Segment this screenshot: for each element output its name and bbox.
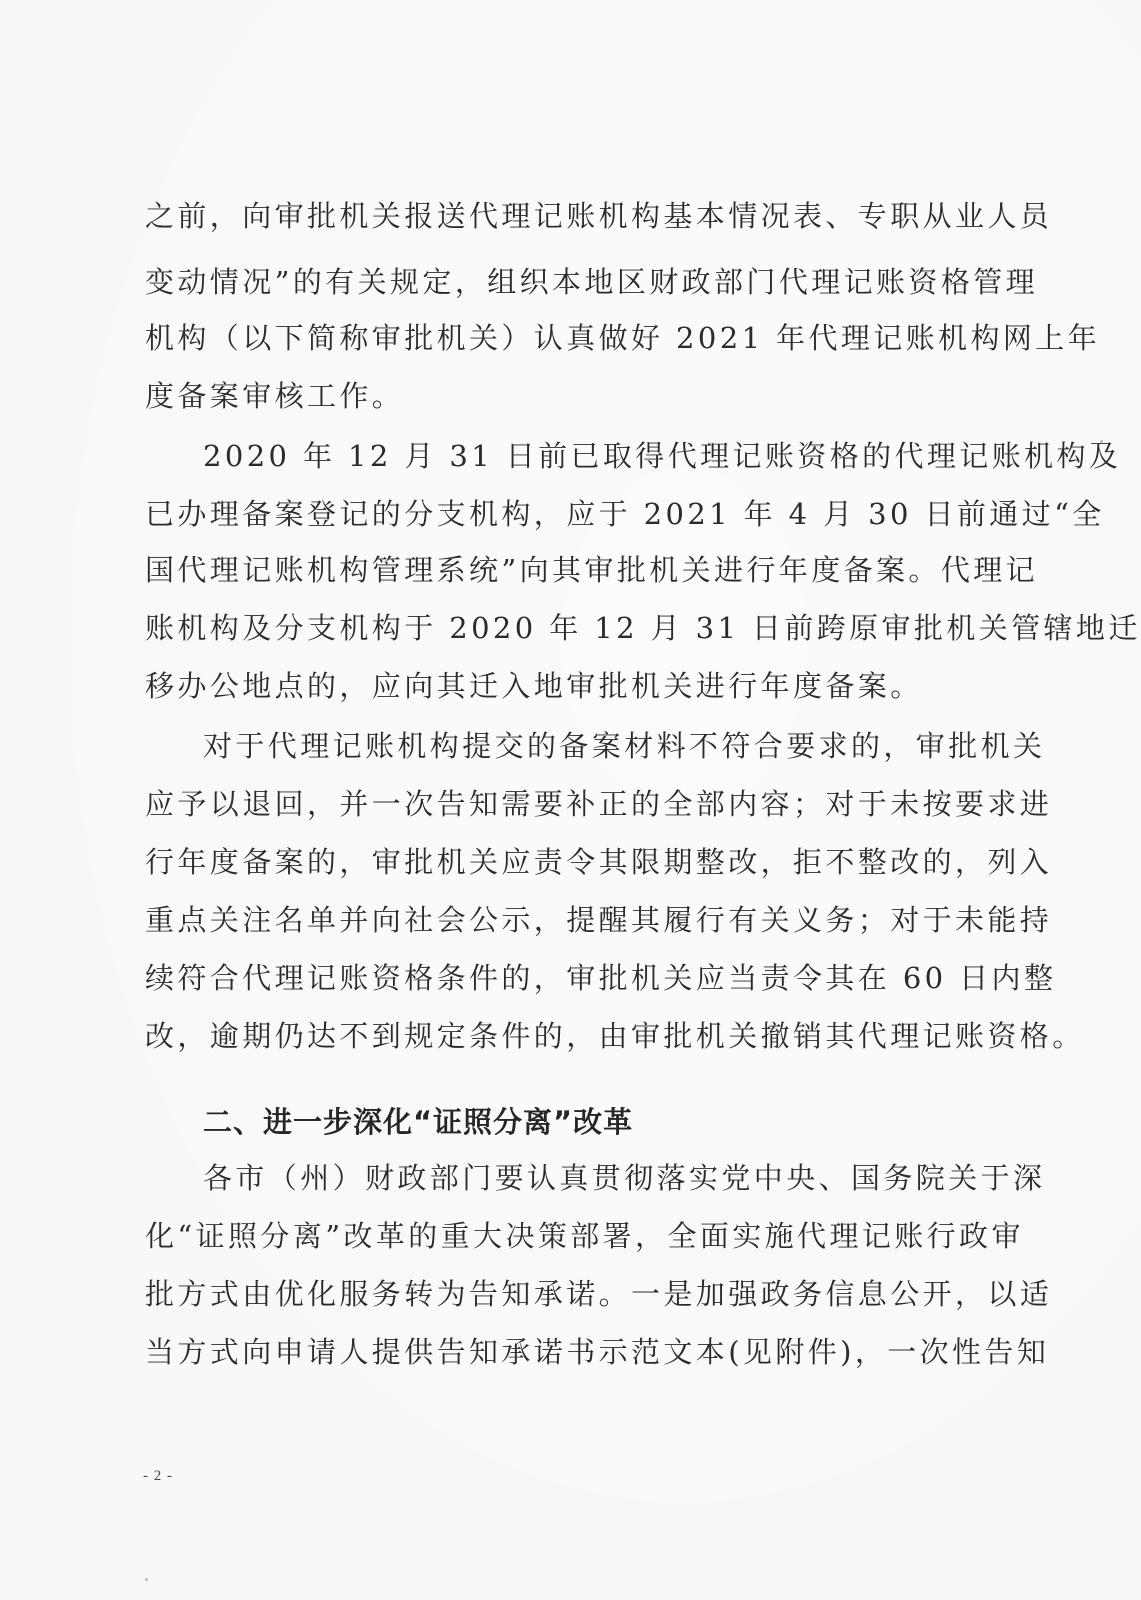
text-line: 国代理记账机构管理系统”向其审批机关进行年度备案。代理记 [145, 552, 1005, 588]
document-page: 之前，向审批机关报送代理记账机构基本情况表、专职从业人员 变动情况”的有关规定，… [0, 0, 1141, 1600]
text-line: 移办公地点的，应向其迁入地审批机关进行年度备案。 [145, 668, 1005, 704]
text-line: 批方式由优化服务转为告知承诺。一是加强政务信息公开，以适 [145, 1276, 1005, 1312]
text-line: 机构（以下简称审批机关）认真做好 2021 年代理记账机构网上年 [145, 320, 1005, 356]
text-line: 变动情况”的有关规定，组织本地区财政部门代理记账资格管理 [145, 264, 1005, 300]
scan-speck [145, 1578, 148, 1581]
text-line: 应予以退回，并一次告知需要补正的全部内容；对于未按要求进 [145, 786, 1005, 822]
text-line: 各市（州）财政部门要认真贯彻落实党中央、国务院关于深 [203, 1160, 1063, 1196]
text-line: 2020 年 12 月 31 日前已取得代理记账资格的代理记账机构及 [203, 438, 1063, 474]
text-line: 之前，向审批机关报送代理记账机构基本情况表、专职从业人员 [145, 198, 1005, 234]
text-line: 已办理备案登记的分支机构，应于 2021 年 4 月 30 日前通过“全 [145, 496, 1005, 532]
text-line: 度备案审核工作。 [145, 378, 1005, 414]
page-number: - 2 - [143, 1468, 173, 1485]
text-line: 当方式向申请人提供告知承诺书示范文本(见附件)，一次性告知 [145, 1334, 1005, 1370]
text-line: 行年度备案的，审批机关应责令其限期整改，拒不整改的，列入 [145, 844, 1005, 880]
section-heading: 二、进一步深化“证照分离”改革 [203, 1104, 1063, 1140]
text-line: 重点关注名单并向社会公示，提醒其履行有关义务；对于未能持 [145, 902, 1005, 938]
scan-speck [1100, 440, 1103, 443]
text-line: 改，逾期仍达不到规定条件的，由审批机关撤销其代理记账资格。 [145, 1018, 1005, 1054]
text-line: 化“证照分离”改革的重大决策部署，全面实施代理记账行政审 [145, 1218, 1005, 1254]
text-line: 续符合代理记账资格条件的，审批机关应当责令其在 60 日内整 [145, 960, 1005, 996]
text-line: 账机构及分支机构于 2020 年 12 月 31 日前跨原审批机关管辖地迁 [145, 610, 1005, 646]
text-line: 对于代理记账机构提交的备案材料不符合要求的，审批机关 [203, 728, 1063, 764]
